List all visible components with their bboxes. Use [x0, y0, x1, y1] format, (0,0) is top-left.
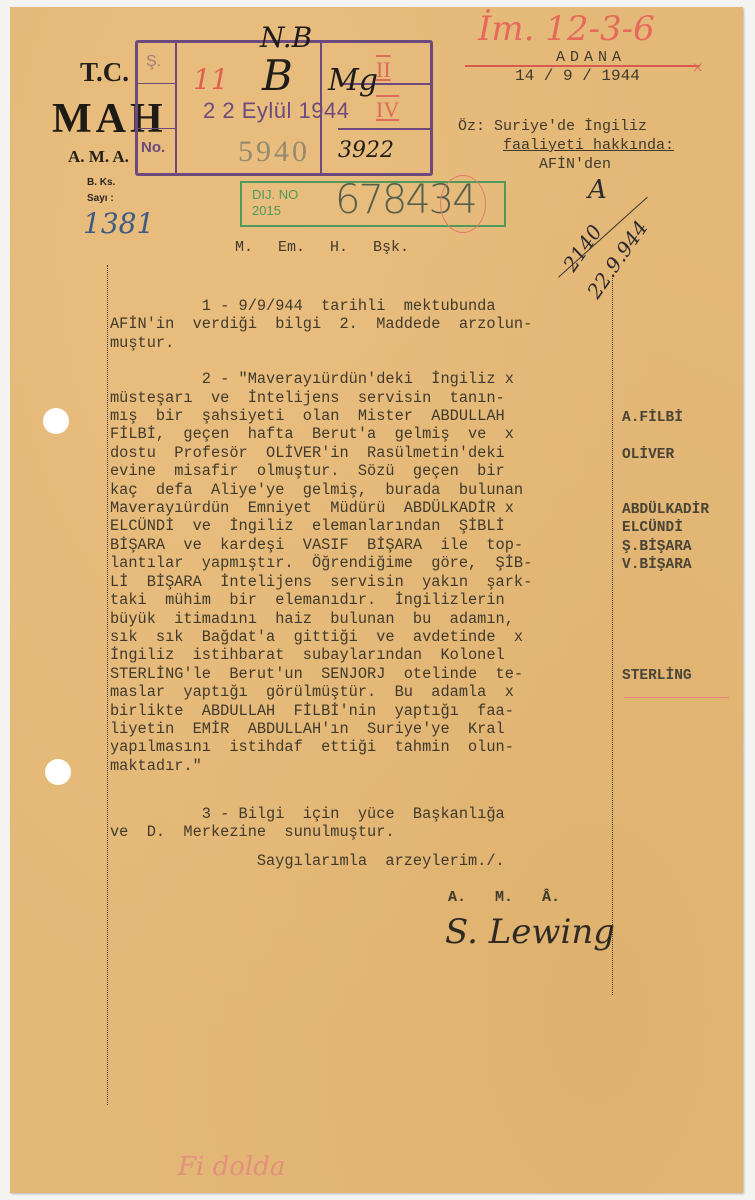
body-line: sık sık Bağdat'a gittiği ve avdetinde x — [110, 628, 625, 646]
subject-line-3: AFİN'den — [539, 156, 611, 173]
red-underline-sterling — [624, 697, 729, 698]
stamp-roman-bottom: IV — [376, 97, 399, 123]
margin-note-sterling: STERLİNG — [622, 667, 709, 685]
letterhead-country: T.C. — [80, 57, 129, 88]
margin-note-s-bisara: Ş.BİŞARA — [622, 538, 709, 556]
letter-body: 1 - 9/9/944 tarihli mektubunda AFİN'in v… — [110, 297, 625, 775]
body-line: maslar yaptığı görülmüştür. Bu adamla x — [110, 683, 625, 701]
handwritten-letter: A — [588, 175, 607, 205]
left-margin-rule — [107, 265, 108, 1105]
body-line: müsteşarı ve İntelijens servisin tanın- — [110, 389, 625, 407]
stamp-date: 2 2 Eylül 1944 — [203, 98, 349, 124]
body-line: mış bir şahsiyeti olan Mister ABDULLAH — [110, 407, 625, 425]
body-line: 1 - 9/9/944 tarihli mektubunda — [110, 297, 625, 315]
closing-line: Saygılarımla arzeylerim./. — [110, 852, 670, 870]
body-line: maktadır." — [110, 757, 625, 775]
red-circle-mark — [440, 175, 486, 233]
margin-note-v-bisara: V.BİŞARA — [622, 556, 709, 574]
body-line: lantılar yapmıştır. Öğrendiğime göre, Şİ… — [110, 554, 625, 572]
body-line: muştur. — [110, 334, 625, 352]
punch-hole-top — [43, 408, 69, 434]
body-line: dostu Profesör OLİVER'in Rasülmetin'deki — [110, 444, 625, 462]
body-line: AFİN'in verdiği bilgi 2. Maddede arzolun… — [110, 315, 625, 333]
body-line: taki mühim bir elemanıdır. İngilizlerin — [110, 591, 625, 609]
document-page: T.C. MAH A. M. A. B. Ks. Sayı : 1381 Ş. … — [10, 7, 743, 1193]
margin-note-elcundi: ELCÜNDİ — [622, 519, 709, 537]
subject-prefix: Öz: — [458, 118, 485, 135]
signatory-initials: A. M. Â. — [448, 889, 560, 906]
red-pencil-note: Fi dolda — [178, 1152, 285, 1182]
letterhead-branch: B. Ks. Sayı : — [87, 175, 115, 207]
stamp-prefix-no: No. — [141, 139, 165, 156]
stamp-prefix-s: Ş. — [146, 53, 161, 71]
red-reference-number: İm. 12-3-6 — [478, 9, 655, 49]
letterhead-unit: A. M. A. — [68, 147, 129, 167]
subject-line-2: faaliyeti hakkında: — [503, 137, 674, 154]
punch-hole-bottom — [45, 759, 71, 785]
stamp-registry-number: 5940 — [238, 135, 310, 169]
body-line: Lİ BİŞARA İntelijens servisin yakın şark… — [110, 573, 625, 591]
ink-note: Mg — [328, 63, 378, 98]
margin-note-filbi: A.FİLBİ — [622, 409, 709, 427]
body-line: liyetin EMİR ABDULLAH'ın Suriye'ye Kral — [110, 720, 625, 738]
margin-note-oliver: OLİVER — [622, 446, 709, 464]
subject-block: Öz: Suriye'de İngiliz faaliyeti hakkında… — [458, 117, 674, 174]
body-line: kaç defa Aliye'ye gelmiş, burada bulunan — [110, 481, 625, 499]
letter-closing: 3 - Bilgi için yüce Başkanlığa ve D. Mer… — [110, 805, 670, 870]
handwritten-document-number: 1381 — [83, 207, 154, 240]
body-line: İngiliz istihbarat subaylarından Kolonel — [110, 646, 625, 664]
body-line: büyük itimadını haiz bulunan bu adamın, — [110, 610, 625, 628]
addressee: M. Em. H. Bşk. — [235, 239, 409, 256]
subject-line-1: Suriye'de İngiliz — [494, 118, 647, 135]
margin-notes: A.FİLBİ OLİVER ABDÜLKADİR ELCÜNDİ Ş.BİŞA… — [622, 409, 709, 685]
ink-mark: B — [262, 51, 293, 100]
signature: S. Lewing — [445, 912, 615, 952]
body-line: FİLBİ, geçen hafta Berut'a gelmiş ve x — [110, 425, 625, 443]
ink-initials: N.B — [260, 21, 312, 54]
red-x-mark: × — [692, 57, 703, 80]
margin-note-abdulkadir: ABDÜLKADİR — [622, 501, 709, 519]
archive-stamp-label: DIJ. NO 2015 — [252, 187, 298, 219]
stamp-handwritten-number: 3922 — [338, 138, 394, 163]
body-line: 2 - "Maverayıürdün'deki İngiliz x — [110, 370, 625, 388]
body-line: ELCÜNDİ ve İngiliz elemanlarından ŞİBLİ — [110, 517, 625, 535]
body-line: ve D. Merkezine sunulmuştur. — [110, 823, 670, 841]
body-line: STERLİNG'le Berut'un SENJORJ otelinde te… — [110, 665, 625, 683]
body-line: 3 - Bilgi için yüce Başkanlığa — [110, 805, 670, 823]
body-line: yapılmasını istihdaf ettiği tahmin olun- — [110, 738, 625, 756]
body-line: BİŞARA ve kardeşi VASIF BİŞARA ile top- — [110, 536, 625, 554]
city: ADANA — [556, 49, 626, 66]
stamp-roman-top: II — [376, 57, 391, 83]
body-line: evine misafir olmuştur. Sözü geçen bir — [110, 462, 625, 480]
red-pencil-mark: 11 — [193, 63, 229, 96]
body-line: Maverayıürdün Emniyet Müdürü ABDÜLKADİR … — [110, 499, 625, 517]
document-date: 14 / 9 / 1944 — [515, 67, 640, 85]
receipt-stamp: Ş. No. 2 2 Eylül 1944 5940 3922 II IV 11… — [135, 40, 433, 176]
branch-label: B. Ks. — [87, 175, 115, 191]
number-label: Sayı : — [87, 191, 115, 207]
body-line: birlikte ABDULLAH FİLBİ'nin yaptığı faa- — [110, 702, 625, 720]
